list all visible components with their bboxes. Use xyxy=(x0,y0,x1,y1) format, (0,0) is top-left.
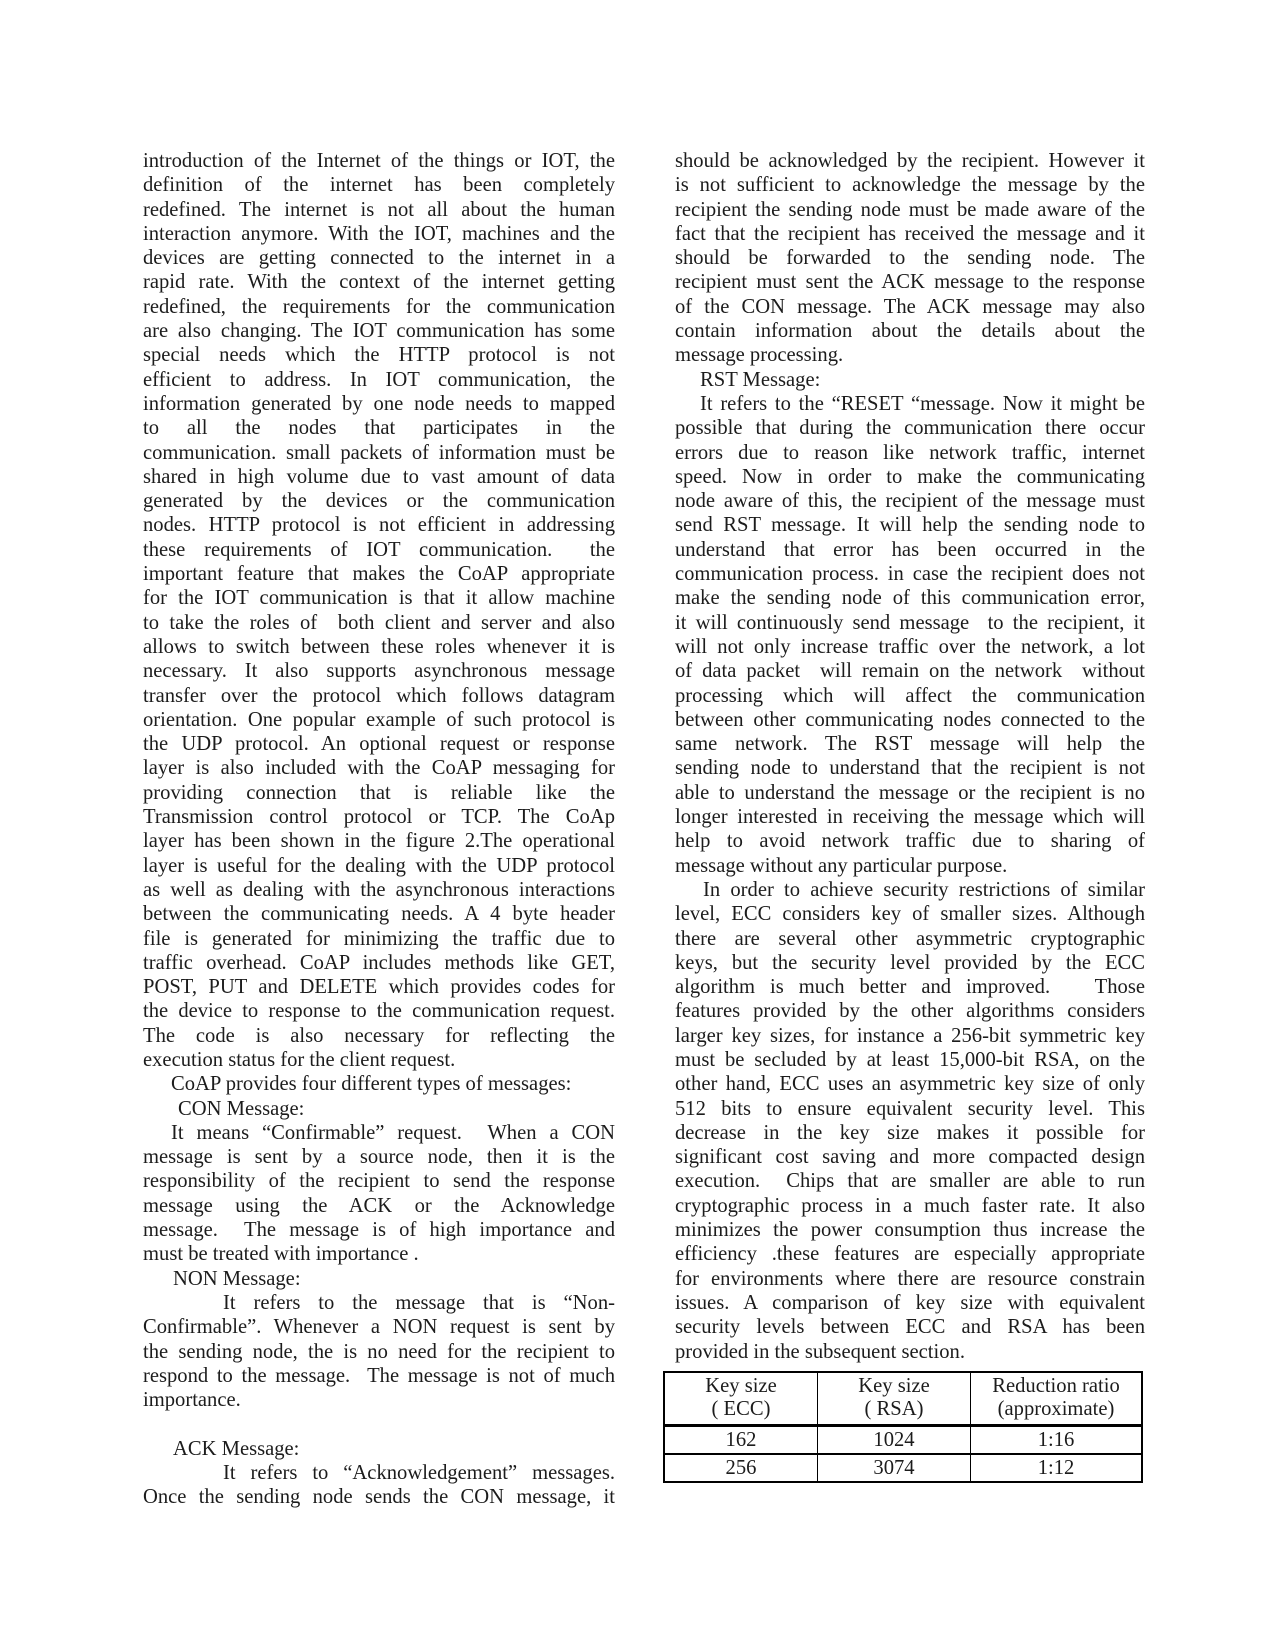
text-line: it will continuously send message to the… xyxy=(675,611,1145,635)
table-cell: 256 xyxy=(664,1454,818,1482)
text-line: should be forwarded to the sending node.… xyxy=(675,246,1145,270)
text-line: efficiency .these features are especiall… xyxy=(675,1242,1145,1266)
text-line: generated by the devices or the communic… xyxy=(143,489,615,513)
header-line: Key size xyxy=(818,1375,970,1398)
text-line: issues. A comparison of key size with eq… xyxy=(675,1291,1145,1315)
text-line: of data packet will remain on the networ… xyxy=(675,659,1145,683)
header-line: Key size xyxy=(665,1375,817,1398)
text-line: redefined. The internet is not all about… xyxy=(143,198,615,222)
text-line: The code is also necessary for reflectin… xyxy=(143,1024,615,1048)
table-cell: 1024 xyxy=(818,1426,971,1455)
text-line: security levels between ECC and RSA has … xyxy=(675,1315,1145,1339)
text-line: layer has been shown in the figure 2.The… xyxy=(143,829,615,853)
table-header-cell: Key size ( RSA) xyxy=(818,1372,971,1426)
text-line: special needs which the HTTP protocol is… xyxy=(143,343,615,367)
text-line: help to avoid network traffic due to sha… xyxy=(675,829,1145,853)
text-line: layer is also included with the CoAP mes… xyxy=(143,756,615,780)
table-cell: 3074 xyxy=(818,1454,971,1482)
text-line: cryptographic process in a much faster r… xyxy=(675,1194,1145,1218)
text-line: features provided by the other algorithm… xyxy=(675,999,1145,1023)
text-line: recipient must sent the ACK message to t… xyxy=(675,270,1145,294)
text-line: important feature that makes the CoAP ap… xyxy=(143,562,615,586)
text-line: CoAP provides four different types of me… xyxy=(143,1072,615,1096)
text-line: to take the roles of both client and ser… xyxy=(143,611,615,635)
text-line: larger key sizes, for instance a 256-bit… xyxy=(675,1024,1145,1048)
table-header-row: Key size ( ECC) Key size ( RSA) Reductio… xyxy=(664,1372,1142,1426)
text-line: transfer over the protocol which follows… xyxy=(143,684,615,708)
text-line: 512 bits to ensure equivalent security l… xyxy=(675,1097,1145,1121)
text-line: minimizes the power consumption thus inc… xyxy=(675,1218,1145,1242)
table-row: 162 1024 1:16 xyxy=(664,1426,1142,1455)
text-line: understand that error has been occurred … xyxy=(675,538,1145,562)
text-line: message is sent by a source node, then i… xyxy=(143,1145,615,1169)
text-line: importance. xyxy=(143,1388,615,1412)
text-line: necessary. It also supports asynchronous… xyxy=(143,659,615,683)
text-line: algorithm is much better and improved. T… xyxy=(675,975,1145,999)
text-line: these requirements of IOT communication.… xyxy=(143,538,615,562)
text-line: responsibility of the recipient to send … xyxy=(143,1169,615,1193)
text-line: of the CON message. The ACK message may … xyxy=(675,295,1145,319)
text-line: RST Message: xyxy=(675,368,1145,392)
text-line: In order to achieve security restriction… xyxy=(675,878,1145,902)
text-line: NON Message: xyxy=(143,1267,615,1291)
text-line: is not sufficient to acknowledge the mes… xyxy=(675,173,1145,197)
text-line: significant cost saving and more compact… xyxy=(675,1145,1145,1169)
text-line: efficient to address. In IOT communicati… xyxy=(143,368,615,392)
table-row: 256 3074 1:12 xyxy=(664,1454,1142,1482)
table-cell: 1:16 xyxy=(971,1426,1143,1455)
text-line: information generated by one node needs … xyxy=(143,392,615,416)
text-line: communication. small packets of informat… xyxy=(143,441,615,465)
header-line: Reduction ratio xyxy=(971,1375,1141,1398)
text-line: Once the sending node sends the CON mess… xyxy=(143,1485,615,1509)
text-line: provided in the subsequent section. xyxy=(675,1340,1145,1364)
text-line: fact that the recipient has received the… xyxy=(675,222,1145,246)
text-line: the device to response to the communicat… xyxy=(143,999,615,1023)
text-line: are also changing. The IOT communication… xyxy=(143,319,615,343)
text-line: contain information about the details ab… xyxy=(675,319,1145,343)
text-line: must be secluded by at least 15,000-bit … xyxy=(675,1048,1145,1072)
table-cell: 162 xyxy=(664,1426,818,1455)
text-line: for environments where there are resourc… xyxy=(675,1267,1145,1291)
text-line xyxy=(143,1412,615,1436)
text-line: interaction anymore. With the IOT, machi… xyxy=(143,222,615,246)
text-line: to all the nodes that participates in th… xyxy=(143,416,615,440)
text-line: rapid rate. With the context of the inte… xyxy=(143,270,615,294)
text-line: orientation. One popular example of such… xyxy=(143,708,615,732)
text-line: POST, PUT and DELETE which provides code… xyxy=(143,975,615,999)
table-header-cell: Reduction ratio (approximate) xyxy=(971,1372,1143,1426)
text-line: message. The message is of high importan… xyxy=(143,1218,615,1242)
text-line: processing which will affect the communi… xyxy=(675,684,1145,708)
text-line: CON Message: xyxy=(143,1097,615,1121)
text-line: as well as dealing with the asynchronous… xyxy=(143,878,615,902)
text-line: respond to the message. The message is n… xyxy=(143,1364,615,1388)
header-line: (approximate) xyxy=(971,1398,1141,1421)
column-left: introduction of the Internet of the thin… xyxy=(143,149,615,1510)
text-line: execution status for the client request. xyxy=(143,1048,615,1072)
text-line: communication process. in case the recip… xyxy=(675,562,1145,586)
text-line: errors due to reason like network traffi… xyxy=(675,441,1145,465)
text-line: must be treated with importance . xyxy=(143,1242,615,1266)
table-header-cell: Key size ( ECC) xyxy=(664,1372,818,1426)
text-line: It means “Confirmable” request. When a C… xyxy=(143,1121,615,1145)
text-line: file is generated for minimizing the tra… xyxy=(143,927,615,951)
text-line: shared in high volume due to vast amount… xyxy=(143,465,615,489)
text-line: message using the ACK or the Acknowledge xyxy=(143,1194,615,1218)
text-line: the sending node, the is no need for the… xyxy=(143,1340,615,1364)
text-line: for the IOT communication is that it all… xyxy=(143,586,615,610)
text-line: redefined, the requirements for the comm… xyxy=(143,295,615,319)
text-line: allows to switch between these roles whe… xyxy=(143,635,615,659)
text-line: Confirmable”. Whenever a NON request is … xyxy=(143,1315,615,1339)
text-line: between other communicating nodes connec… xyxy=(675,708,1145,732)
text-line: recipient the sending node must be made … xyxy=(675,198,1145,222)
text-line: longer interested in receiving the messa… xyxy=(675,805,1145,829)
header-line: ( ECC) xyxy=(665,1398,817,1421)
text-line: nodes. HTTP protocol is not efficient in… xyxy=(143,513,615,537)
text-line: make the sending node of this communicat… xyxy=(675,586,1145,610)
text-line: It refers to “Acknowledgement” messages. xyxy=(143,1461,615,1485)
table-cell: 1:12 xyxy=(971,1454,1143,1482)
text-line: will not only increase traffic over the … xyxy=(675,635,1145,659)
text-line: definition of the internet has been comp… xyxy=(143,173,615,197)
text-line: send RST message. It will help the sendi… xyxy=(675,513,1145,537)
text-line: message without any particular purpose. xyxy=(675,854,1145,878)
text-line: between the communicating needs. A 4 byt… xyxy=(143,902,615,926)
text-line: It refers to the “RESET “message. Now it… xyxy=(675,392,1145,416)
text-line: speed. Now in order to make the communic… xyxy=(675,465,1145,489)
text-line: should be acknowledged by the recipient.… xyxy=(675,149,1145,173)
text-line: possible that during the communication t… xyxy=(675,416,1145,440)
text-line: layer is useful for the dealing with the… xyxy=(143,854,615,878)
text-line: traffic overhead. CoAP includes methods … xyxy=(143,951,615,975)
column-right: should be acknowledged by the recipient.… xyxy=(675,149,1145,1364)
text-line: message processing. xyxy=(675,343,1145,367)
text-line: providing connection that is reliable li… xyxy=(143,781,615,805)
text-line: It refers to the message that is “Non- xyxy=(143,1291,615,1315)
text-line: devices are getting connected to the int… xyxy=(143,246,615,270)
text-line: ACK Message: xyxy=(143,1437,615,1461)
text-line: Transmission control protocol or TCP. Th… xyxy=(143,805,615,829)
text-line: decrease in the key size makes it possib… xyxy=(675,1121,1145,1145)
text-line: level, ECC considers key of smaller size… xyxy=(675,902,1145,926)
text-line: there are several other asymmetric crypt… xyxy=(675,927,1145,951)
text-line: execution. Chips that are smaller are ab… xyxy=(675,1169,1145,1193)
text-line: same network. The RST message will help … xyxy=(675,732,1145,756)
header-line: ( RSA) xyxy=(818,1398,970,1421)
text-line: other hand, ECC uses an asymmetric key s… xyxy=(675,1072,1145,1096)
text-line: introduction of the Internet of the thin… xyxy=(143,149,615,173)
document-page: introduction of the Internet of the thin… xyxy=(0,0,1275,1650)
text-line: the UDP protocol. An optional request or… xyxy=(143,732,615,756)
text-line: able to understand the message or the re… xyxy=(675,781,1145,805)
text-line: sending node to understand that the reci… xyxy=(675,756,1145,780)
text-line: keys, but the security level provided by… xyxy=(675,951,1145,975)
text-line: node aware of this, the recipient of the… xyxy=(675,489,1145,513)
key-size-comparison-table: Key size ( ECC) Key size ( RSA) Reductio… xyxy=(663,1371,1143,1483)
